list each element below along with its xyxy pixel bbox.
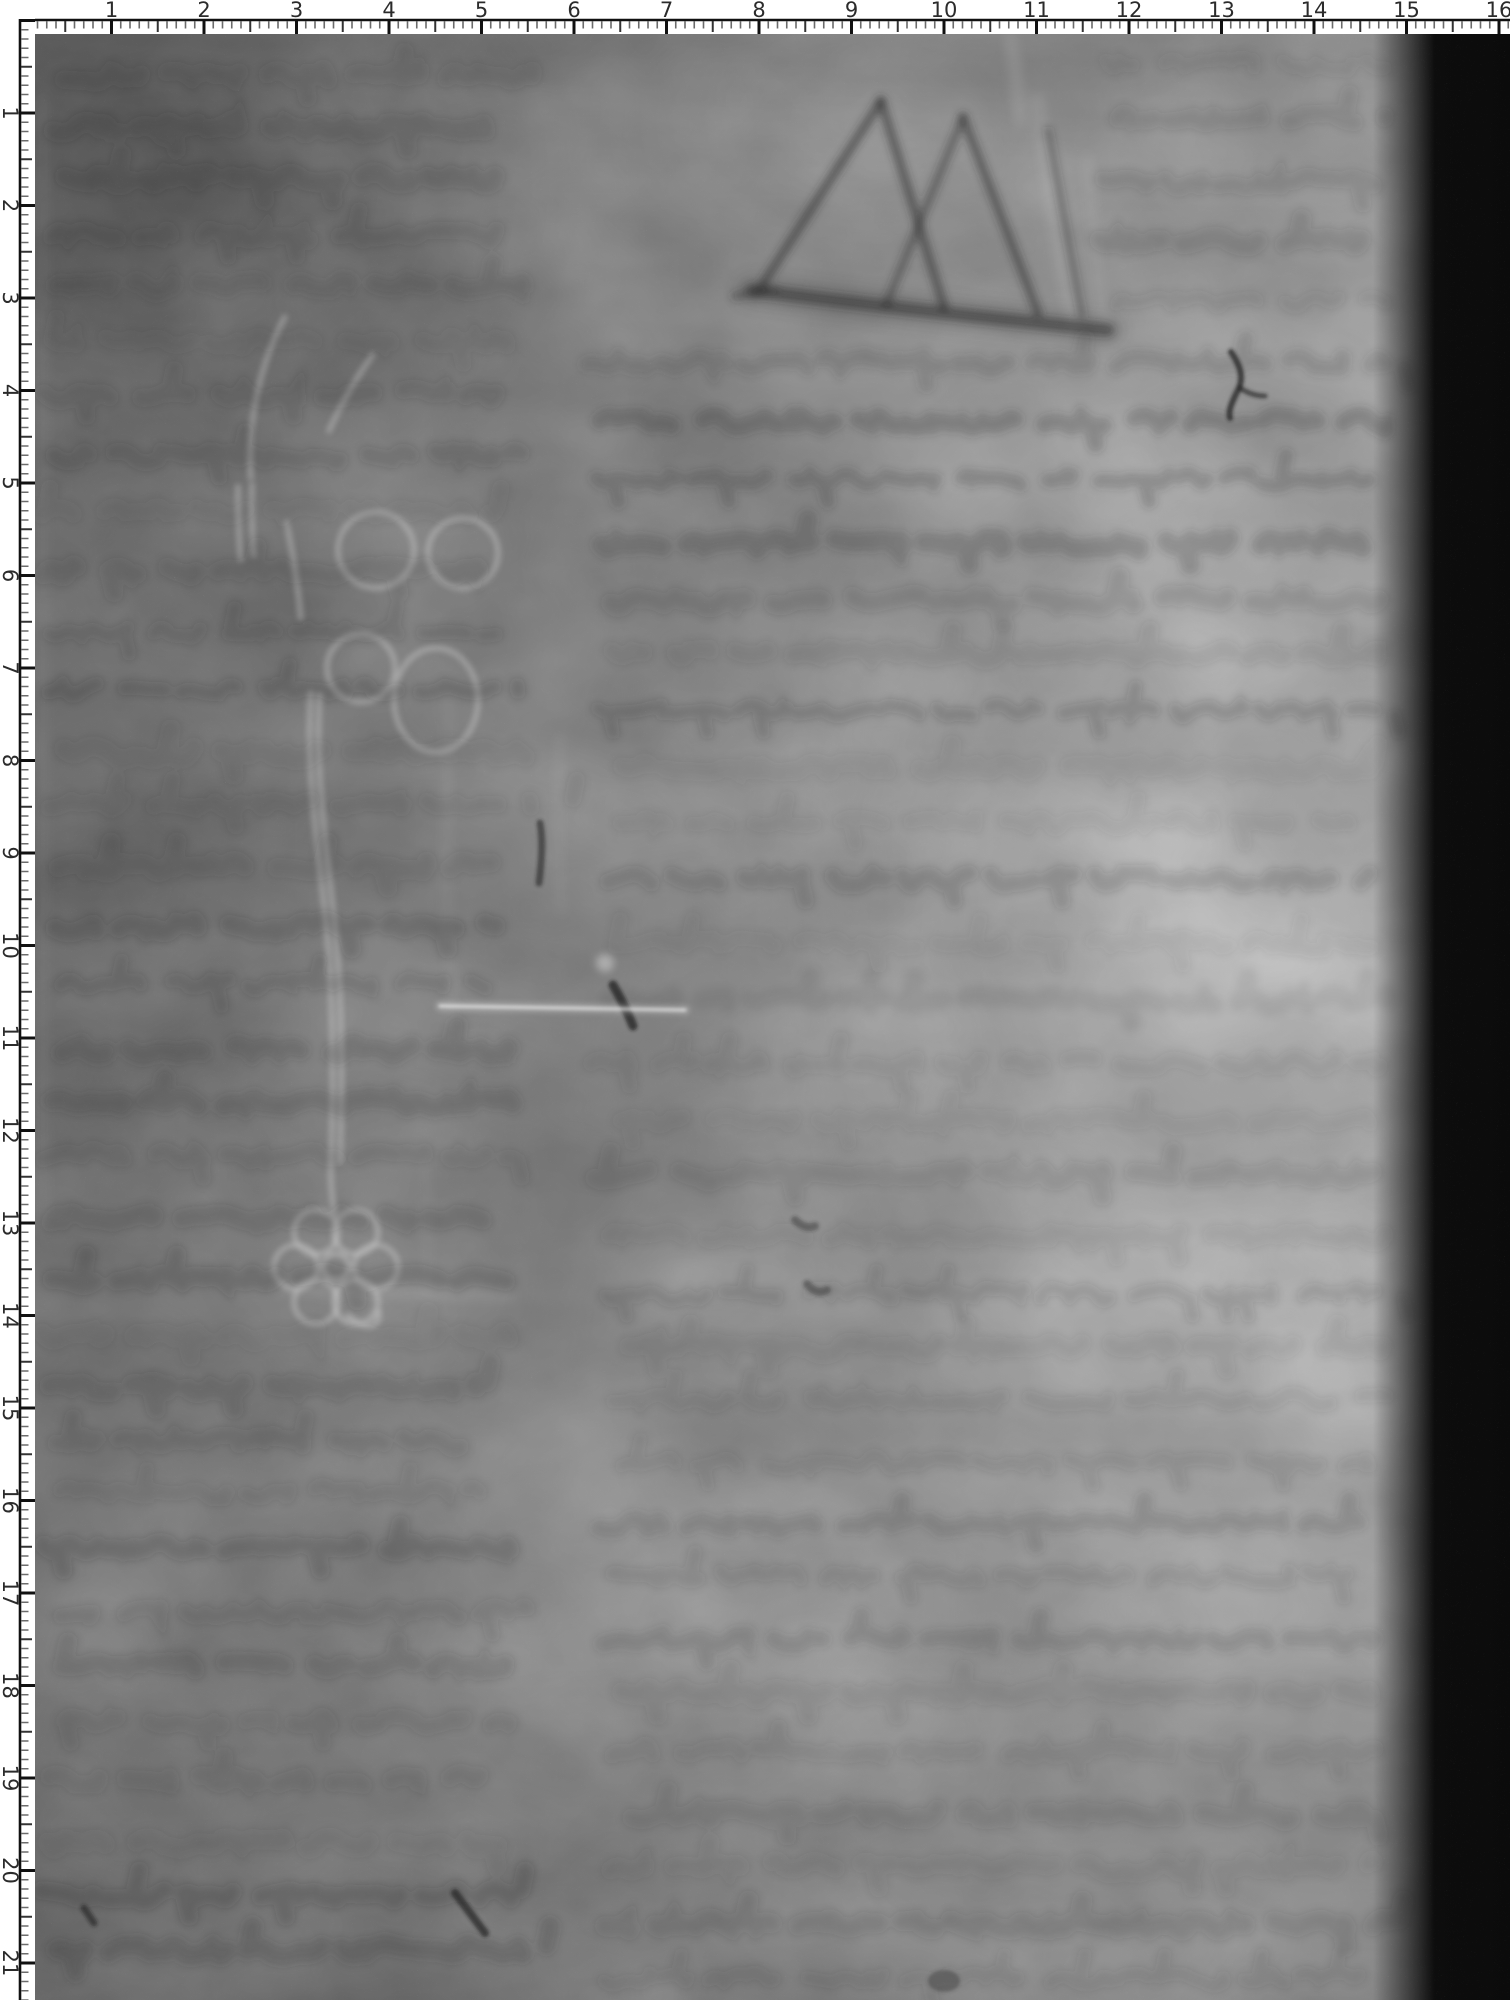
top-ruler-label: 5 <box>475 0 488 22</box>
top-ruler-label: 9 <box>845 0 858 22</box>
top-ruler-label: 1 <box>105 0 118 22</box>
top-ruler-scale: 012345678910111213141516 <box>0 0 1510 34</box>
top-ruler-label: 4 <box>382 0 395 22</box>
top-ruler-label: 10 <box>931 0 958 22</box>
left-ruler: 123456789101112131415161718192021 <box>0 0 35 2000</box>
left-ruler-label: 8 <box>0 754 22 767</box>
ruler-tick-marks <box>21 30 29 2000</box>
left-ruler-label: 2 <box>0 199 22 212</box>
left-ruler-label: 16 <box>0 1487 22 1514</box>
left-ruler-label: 1 <box>0 106 22 119</box>
top-ruler-label: 15 <box>1393 0 1420 22</box>
scan-viewport: 012345678910111213141516 123456789101112… <box>0 0 1510 2000</box>
top-ruler-label: 8 <box>752 0 765 22</box>
left-ruler-label: 10 <box>0 932 22 959</box>
left-ruler-label: 3 <box>0 291 22 304</box>
left-ruler-label: 13 <box>0 1210 22 1237</box>
left-ruler-label: 6 <box>0 569 22 582</box>
left-ruler-label: 18 <box>0 1672 22 1699</box>
left-ruler-label: 21 <box>0 1950 22 1977</box>
left-ruler-scale: 123456789101112131415161718192021 <box>0 0 35 2000</box>
ruler-tick-marks <box>21 67 32 1917</box>
left-ruler-label: 20 <box>0 1857 22 1884</box>
film-grain <box>35 34 1510 2000</box>
top-ruler-label: 2 <box>197 0 210 22</box>
left-ruler-label: 15 <box>0 1395 22 1422</box>
photo-overlay <box>35 34 1510 2000</box>
top-ruler-label: 7 <box>660 0 673 22</box>
top-ruler-label: 12 <box>1116 0 1143 22</box>
left-ruler-label: 4 <box>0 384 22 397</box>
top-ruler-label: 3 <box>290 0 303 22</box>
left-ruler-label: 5 <box>0 476 22 489</box>
top-ruler: 012345678910111213141516 <box>0 0 1510 34</box>
left-ruler-label: 9 <box>0 846 22 859</box>
left-ruler-label: 17 <box>0 1580 22 1607</box>
top-ruler-label: 11 <box>1023 0 1050 22</box>
left-ruler-label: 11 <box>0 1025 22 1052</box>
top-ruler-label: 14 <box>1301 0 1328 22</box>
top-ruler-label: 16 <box>1486 0 1510 22</box>
left-ruler-label: 19 <box>0 1765 22 1792</box>
top-ruler-label: 6 <box>567 0 580 22</box>
left-ruler-label: 14 <box>0 1302 22 1329</box>
left-ruler-label: 12 <box>0 1117 22 1144</box>
left-ruler-label: 7 <box>0 661 22 674</box>
top-ruler-label: 13 <box>1208 0 1235 22</box>
manuscript-photo <box>35 34 1510 2000</box>
